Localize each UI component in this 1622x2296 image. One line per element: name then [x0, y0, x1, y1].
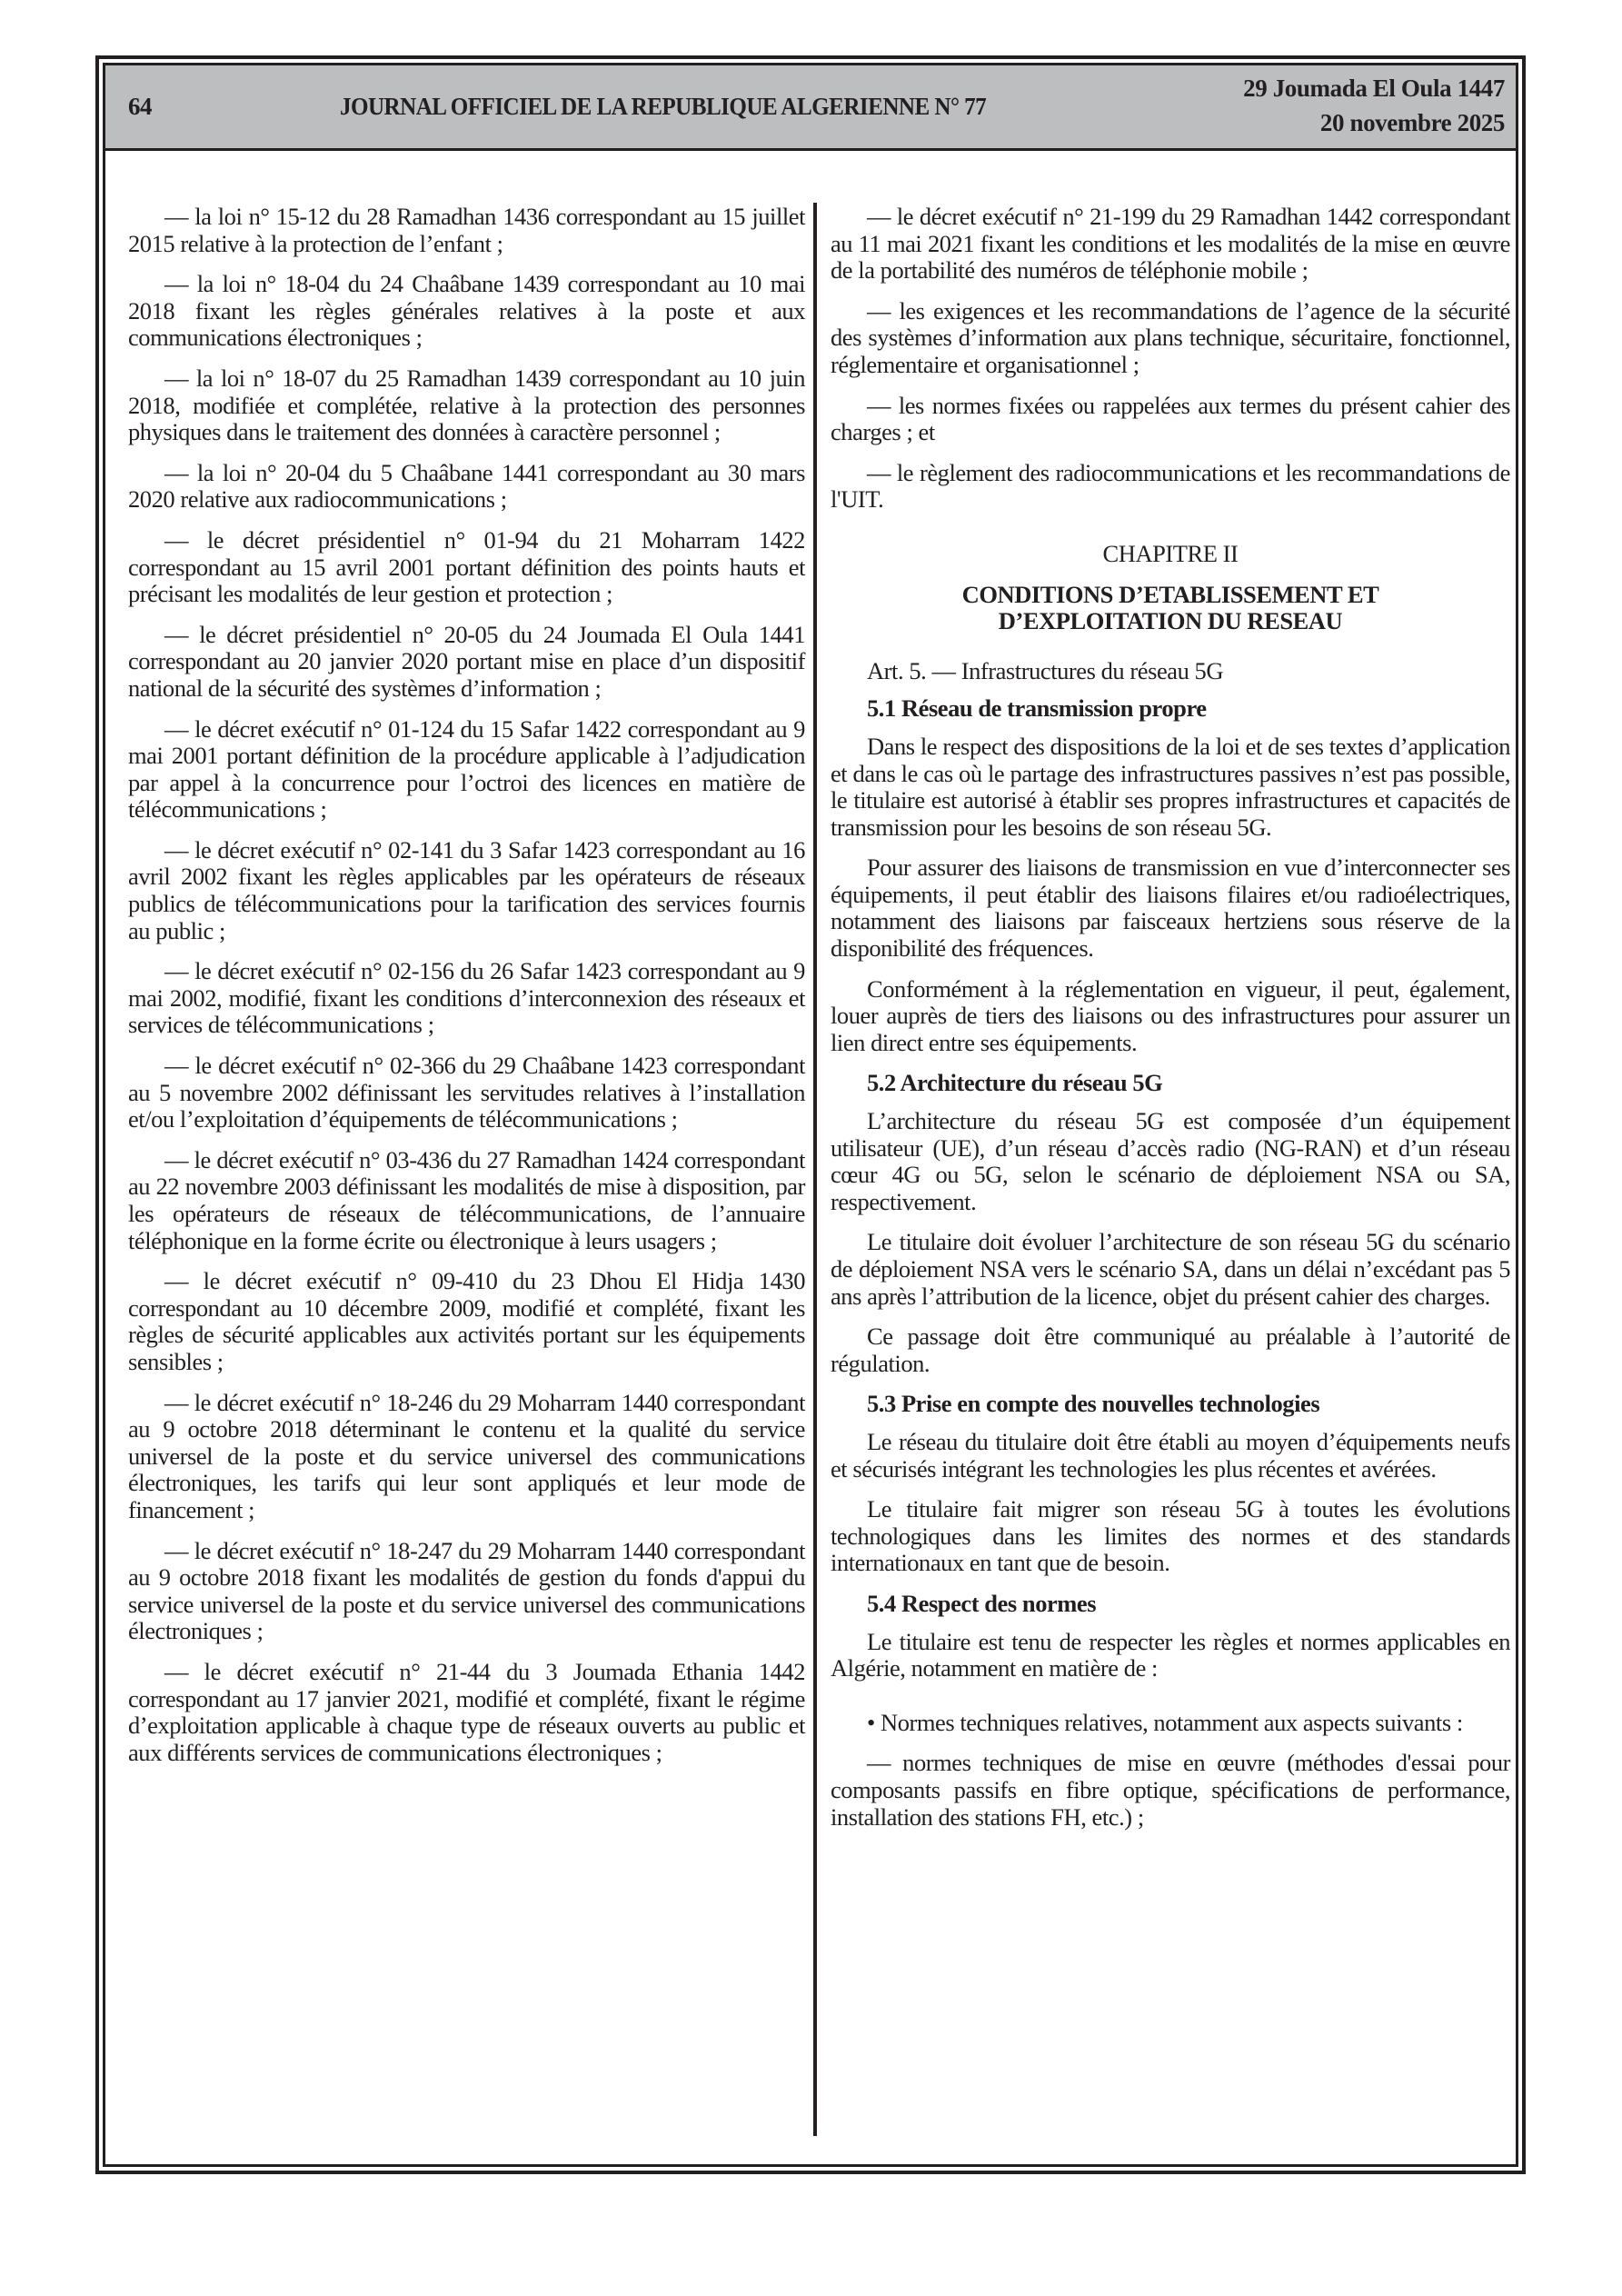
journal-title: JOURNAL OFFICIEL DE LA REPUBLIQUE ALGERI… — [340, 93, 986, 121]
body-paragraph: Dans le respect des dispositions de la l… — [831, 734, 1510, 841]
article-heading: Art. 5. — Infrastructures du réseau 5G — [831, 658, 1510, 685]
body-paragraph: Pour assurer des liaisons de transmissio… — [831, 854, 1510, 962]
visa-paragraph: — le décret présidentiel n° 01-94 du 21 … — [128, 527, 805, 608]
visa-paragraph: — la loi n° 20-04 du 5 Chaâbane 1441 cor… — [128, 460, 805, 514]
page-frame-outer: 64 JOURNAL OFFICIEL DE LA REPUBLIQUE ALG… — [95, 55, 1526, 2174]
body-paragraph: Le titulaire est tenu de respecter les r… — [831, 1629, 1510, 1682]
issue-date: 29 Joumada El Oula 1447 20 novembre 2025 — [1243, 71, 1505, 140]
section-heading: 5.1 Réseau de transmission propre — [831, 695, 1510, 723]
column-divider — [813, 203, 817, 2136]
chapter-title-line: CONDITIONS D’ETABLISSEMENT ET — [831, 582, 1510, 609]
body-paragraph: Le titulaire doit évoluer l’architecture… — [831, 1229, 1510, 1310]
visa-paragraph: — le règlement des radiocommunications e… — [831, 460, 1510, 514]
section-heading: 5.4 Respect des normes — [831, 1591, 1510, 1618]
visa-paragraph: — le décret exécutif n° 02-156 du 26 Saf… — [128, 958, 805, 1039]
bullet-paragraph: • Normes techniques relatives, notamment… — [831, 1710, 1510, 1737]
visa-paragraph: — le décret exécutif n° 09-410 du 23 Dho… — [128, 1268, 805, 1375]
section-heading: 5.3 Prise en compte des nouvelles techno… — [831, 1391, 1510, 1418]
chapter-label: CHAPITRE II — [831, 541, 1510, 568]
visa-paragraph: — le décret exécutif n° 03-436 du 27 Ram… — [128, 1147, 805, 1254]
right-column: — le décret exécutif n° 21-199 du 29 Ram… — [831, 204, 1510, 1844]
visa-paragraph: — le décret exécutif n° 01-124 du 15 Saf… — [128, 716, 805, 824]
body-paragraph: Le titulaire fait migrer son réseau 5G à… — [831, 1496, 1510, 1577]
body-paragraph: Ce passage doit être communiqué au préal… — [831, 1323, 1510, 1377]
date-hijri: 29 Joumada El Oula 1447 — [1243, 71, 1505, 105]
body-paragraph: L’architecture du réseau 5G est composée… — [831, 1108, 1510, 1215]
visa-paragraph: — le décret exécutif n° 21-44 du 3 Jouma… — [128, 1659, 805, 1766]
left-column: — la loi n° 15-12 du 28 Ramadhan 1436 co… — [128, 204, 805, 1780]
visa-paragraph: — le décret présidentiel n° 20-05 du 24 … — [128, 622, 805, 703]
chapter-title: CONDITIONS D’ETABLISSEMENT ET D’EXPLOITA… — [831, 582, 1510, 635]
section-heading: 5.2 Architecture du réseau 5G — [831, 1070, 1510, 1097]
visa-paragraph: — la loi n° 18-07 du 25 Ramadhan 1439 co… — [128, 365, 805, 446]
visa-paragraph: — le décret exécutif n° 02-141 du 3 Safa… — [128, 837, 805, 944]
visa-paragraph: — les normes fixées ou rappelées aux ter… — [831, 393, 1510, 446]
visa-paragraph: — la loi n° 15-12 du 28 Ramadhan 1436 co… — [128, 204, 805, 257]
visa-paragraph: — le décret exécutif n° 21-199 du 29 Ram… — [831, 204, 1510, 285]
visa-paragraph: — le décret exécutif n° 02-366 du 29 Cha… — [128, 1053, 805, 1133]
body-paragraph: — normes techniques de mise en œuvre (mé… — [831, 1750, 1510, 1831]
journal-header: 64 JOURNAL OFFICIEL DE LA REPUBLIQUE ALG… — [105, 65, 1516, 151]
visa-paragraph: — le décret exécutif n° 18-246 du 29 Moh… — [128, 1390, 805, 1524]
visa-paragraph: — la loi n° 18-04 du 24 Chaâbane 1439 co… — [128, 271, 805, 352]
visa-paragraph: — les exigences et les recommandations d… — [831, 298, 1510, 379]
page-number: 64 — [128, 93, 152, 121]
date-gregorian: 20 novembre 2025 — [1243, 105, 1505, 140]
body-paragraph: Le réseau du titulaire doit être établi … — [831, 1429, 1510, 1482]
page-frame-inner: 64 JOURNAL OFFICIEL DE LA REPUBLIQUE ALG… — [103, 63, 1518, 2167]
body-paragraph: Conformément à la réglementation en vigu… — [831, 976, 1510, 1057]
chapter-title-line: D’EXPLOITATION DU RESEAU — [831, 608, 1510, 635]
visa-paragraph: — le décret exécutif n° 18-247 du 29 Moh… — [128, 1538, 805, 1645]
